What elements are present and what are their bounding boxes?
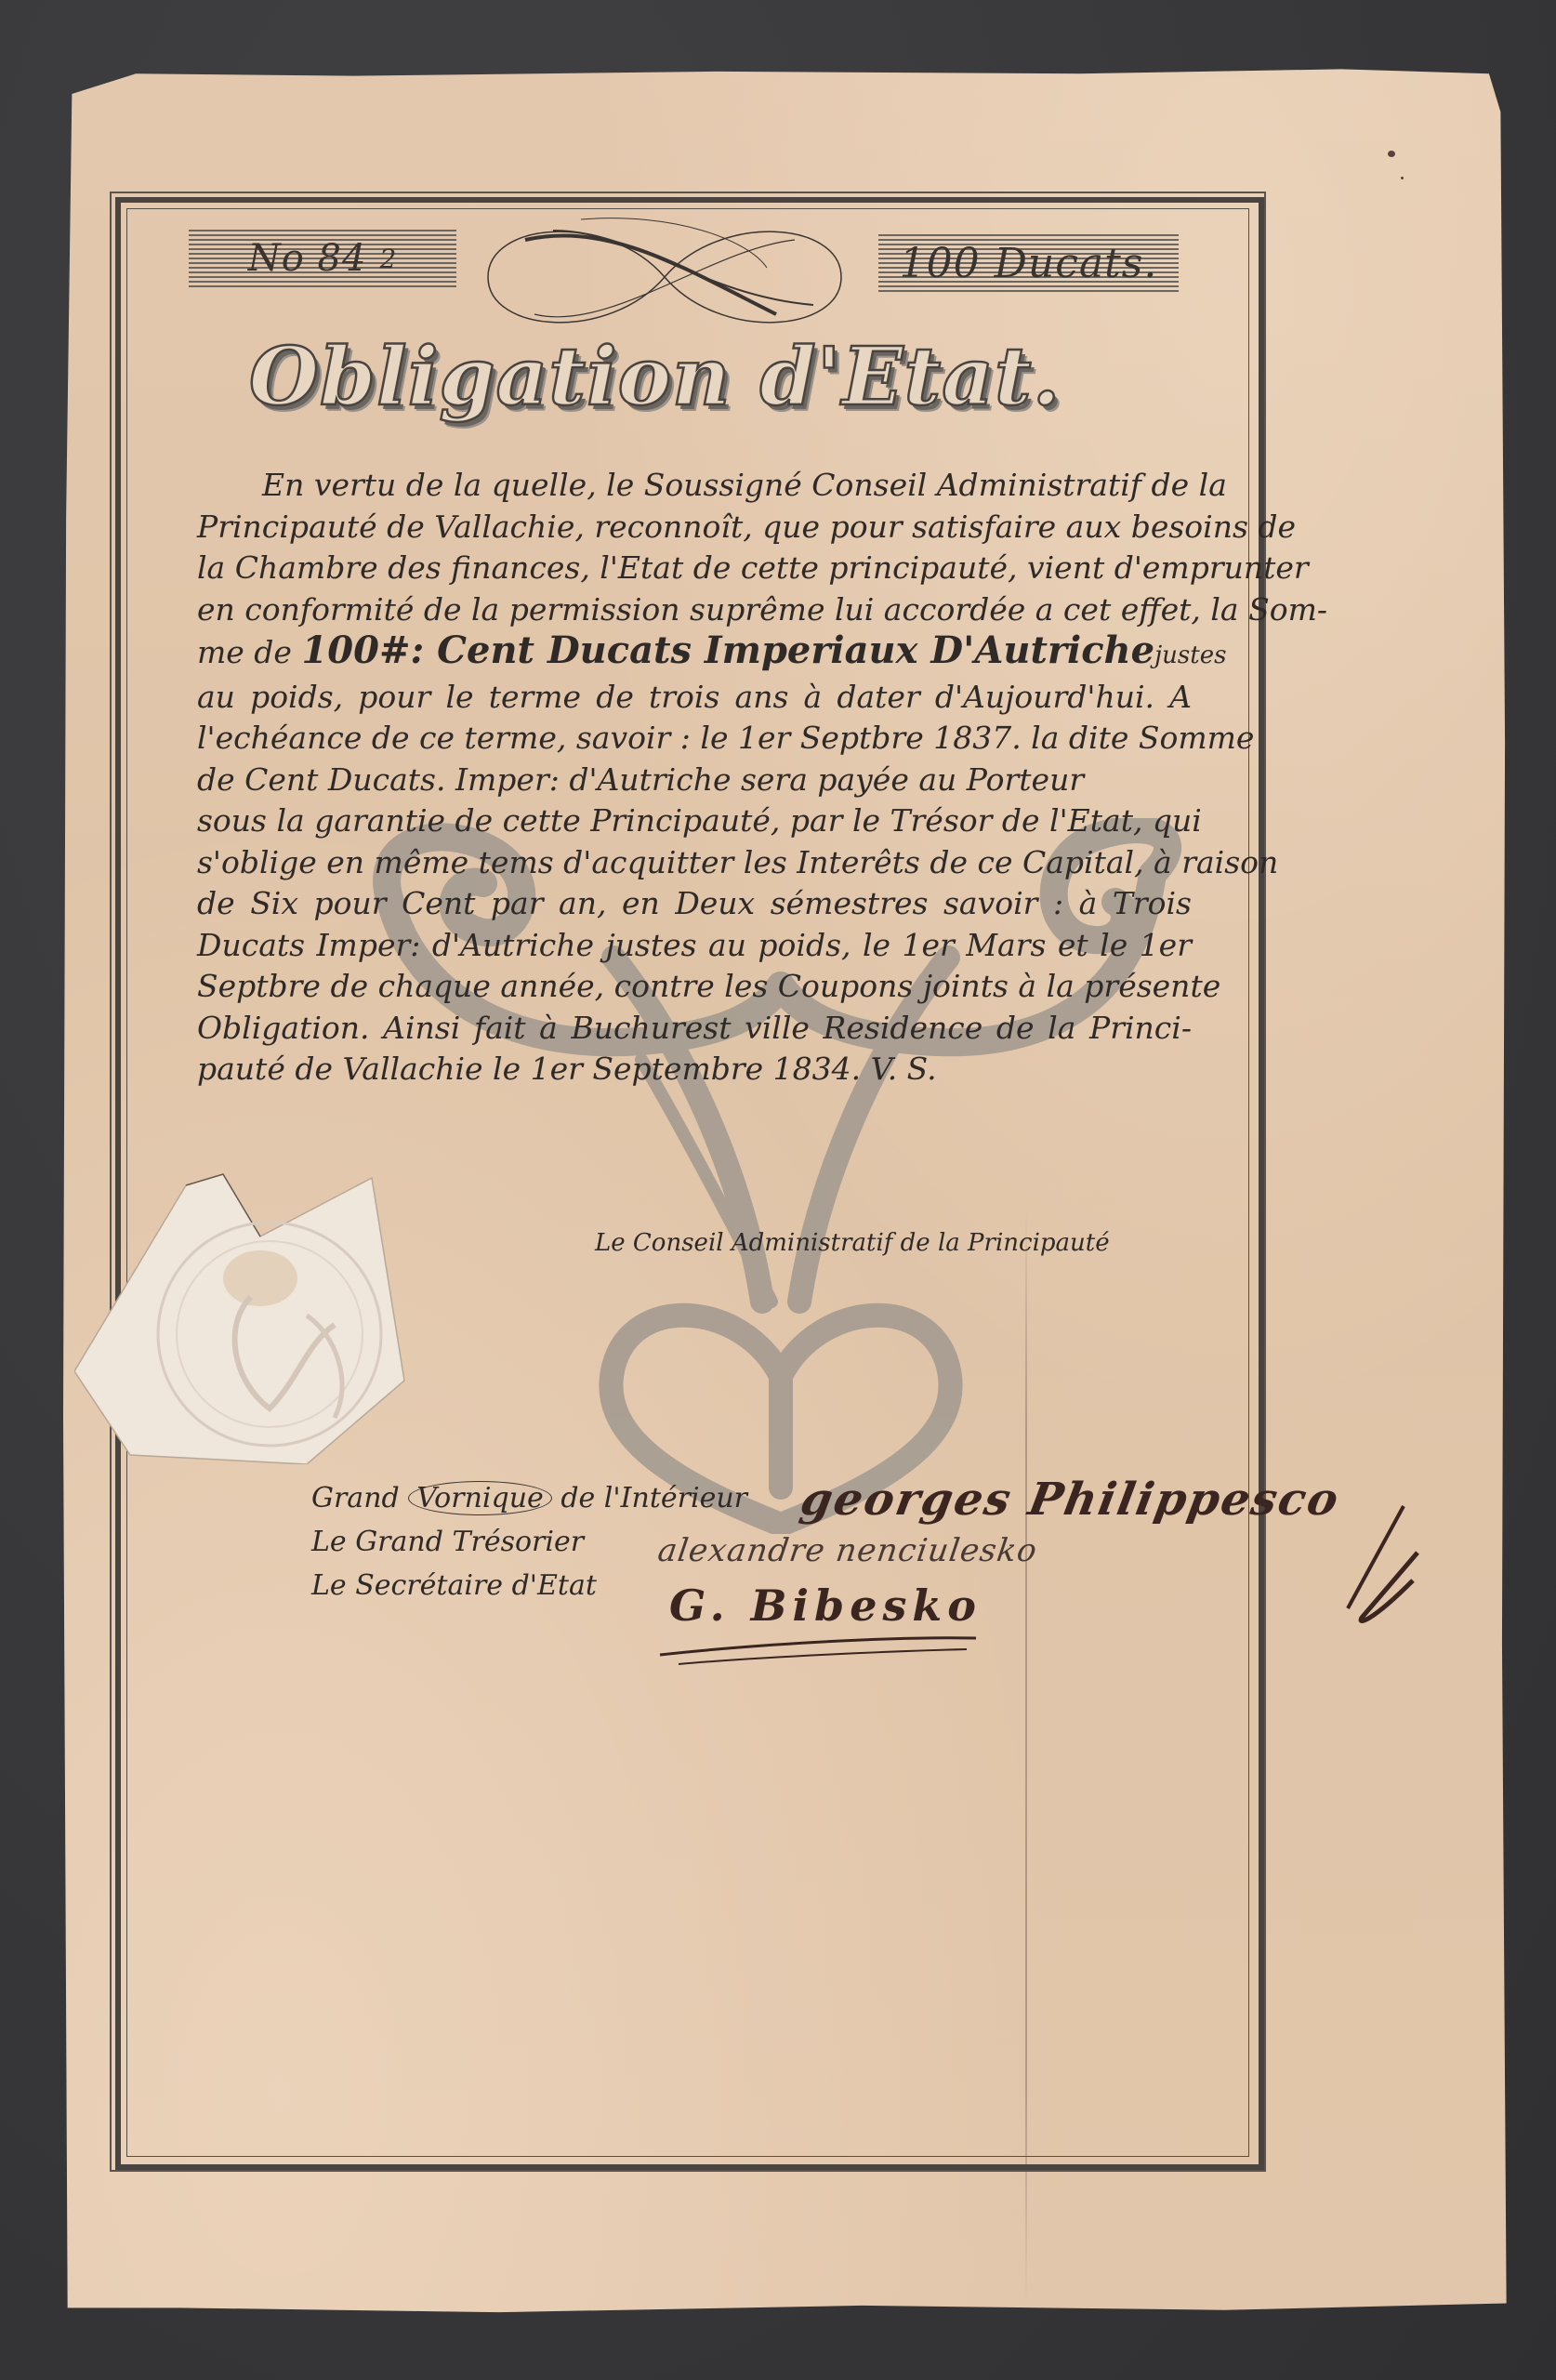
body-line-12: Ducats Imper: d'Autriche justes au poids… [197, 925, 1192, 967]
body-line-9: sous la garantie de cette Principauté, p… [197, 800, 1192, 842]
amount-highlight: 100#: Cent Ducats Imperiaux D'Autriche [301, 628, 1154, 672]
signature-nenciulesko: alexandre nenciulesko [655, 1532, 1039, 1569]
body-line-6: au poids, pour le terme de trois ans à d… [197, 677, 1192, 719]
document-title: Obligation d'Etat. [249, 330, 1086, 424]
bond-body-text: En vertu de la quelle, le Soussigné Cons… [197, 465, 1192, 1091]
body-line-8: de Cent Ducats. Imper: d'Autriche sera p… [197, 760, 1192, 801]
body-line-5: me de 100#: Cent Ducats Imperiaux D'Autr… [197, 630, 1192, 677]
body-line-2: Principauté de Vallachie, reconnoît, que… [197, 507, 1192, 549]
amount-trailing: justes [1154, 641, 1226, 669]
body-line-7: l'echéance de ce terme, savoir : le 1er … [197, 718, 1192, 760]
signature-underline-icon [651, 1618, 985, 1673]
body-line-1: En vertu de la quelle, le Soussigné Cons… [197, 465, 1192, 507]
body-line-4: en conformité de la permission suprême l… [197, 589, 1192, 631]
serial-suffix: 2 [379, 244, 397, 274]
body-line-15: pauté de Vallachie le 1er Septembre 1834… [197, 1049, 1192, 1091]
signature-philippesco: georges Philippesco [797, 1474, 1344, 1526]
calligraphic-flourish-icon [469, 212, 860, 342]
ink-spot [1401, 177, 1404, 179]
body-line-5-lead: me de [197, 634, 292, 670]
council-signature-line: Le Conseil Administratif de la Principau… [595, 1229, 1110, 1257]
body-line-14: Obligation. Ainsi fait à Buchurest ville… [197, 1008, 1192, 1050]
embossed-seal-icon [74, 1167, 409, 1464]
serial-number: No 84 [248, 237, 367, 280]
ink-spot [1388, 151, 1395, 157]
vornique-circled: Vornique [408, 1481, 552, 1515]
body-line-3: la Chambre des finances, l'Etat de cette… [197, 548, 1192, 589]
signatory-label-vornique: Grand Vornique de l'Intérieur [311, 1476, 747, 1520]
body-line-10: s'oblige en même tems d'acquitter les In… [197, 842, 1192, 884]
signature-flourish-icon [1338, 1497, 1422, 1627]
body-line-11: de Six pour Cent par an, en Deux sémestr… [197, 883, 1192, 925]
denomination: 100 Ducats. [900, 240, 1158, 287]
serial-number-box: No 84 2 [189, 230, 456, 287]
denomination-box: 100 Ducats. [878, 234, 1179, 292]
body-line-13: Septbre de chaque année, contre les Coup… [197, 966, 1192, 1008]
